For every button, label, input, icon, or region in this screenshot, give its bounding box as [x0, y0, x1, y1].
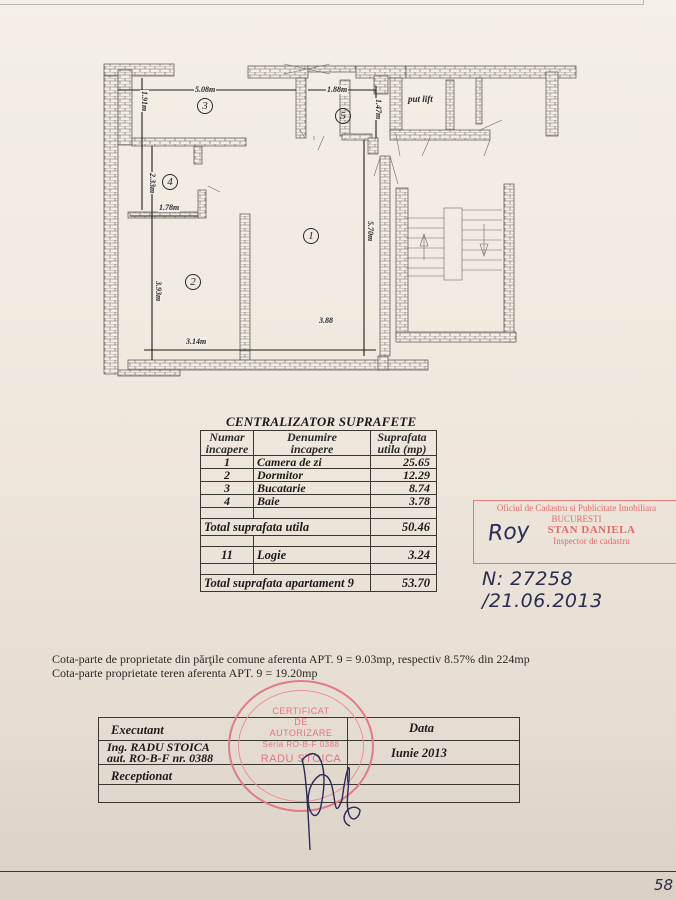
room-number-3: 3: [197, 98, 213, 114]
stamp-text: DE: [230, 717, 372, 727]
table-row: 3Bucatarie8.74: [201, 482, 437, 495]
room-number-1: 1: [303, 228, 319, 244]
room-number-4: 4: [162, 174, 178, 190]
total-apartment-row: Total suprafata apartament 953.70: [201, 575, 437, 592]
table-header-row: Numarincapere Denumireincapere Suprafata…: [201, 431, 437, 456]
table-row: 11Logie3.24: [201, 547, 437, 564]
room-area-cell: 8.74: [371, 482, 437, 495]
dimension-label: 1.47m: [374, 98, 383, 120]
header-area: Suprafatautila (mp): [371, 431, 437, 456]
room-number-cell: 11: [201, 547, 254, 564]
header-number: Numarincapere: [201, 431, 254, 456]
dimension-label: 1.78m: [158, 203, 180, 212]
header-name: Denumireincapere: [254, 431, 371, 456]
total-util-value: 50.46: [371, 519, 437, 536]
table-row: 2Dormitor12.29: [201, 469, 437, 482]
stamp-text: CERTIFICAT: [230, 706, 372, 716]
room-name-cell: Logie: [254, 547, 371, 564]
handwritten-registration-note: N: 27258 /21.06.2013: [482, 568, 676, 612]
common-share-line: Cota-parte de proprietate din părţile co…: [52, 652, 530, 667]
table-row: 4Baie3.78: [201, 495, 437, 508]
room-area-cell: 25.65: [371, 456, 437, 469]
room-number-cell: 2: [201, 469, 254, 482]
receptionat-label: Receptionat: [111, 769, 172, 784]
inspector-signature: Roy: [487, 519, 530, 547]
table-spacer-row: [201, 564, 437, 575]
lift-shaft-label: put lift: [408, 94, 433, 104]
area-summary-table: Numarincapere Denumireincapere Suprafata…: [200, 430, 437, 592]
page-number: 58: [654, 876, 673, 894]
room-name-cell: Bucatarie: [254, 482, 371, 495]
table-spacer-row: [201, 536, 437, 547]
table-row: 1Camera de zi25.65: [201, 456, 437, 469]
room-area-cell: 3.78: [371, 495, 437, 508]
dimension-label: 3.93m: [154, 280, 163, 302]
dimension-label: 3.88: [318, 316, 334, 325]
total-util-row: Total suprafata utila50.46: [201, 519, 437, 536]
date-label: Data: [409, 721, 434, 736]
room-number-cell: 3: [201, 482, 254, 495]
area-table-title: CENTRALIZATOR SUPRAFETE: [226, 414, 416, 430]
dimension-label: 5.08m: [194, 85, 216, 94]
room-number-cell: 1: [201, 456, 254, 469]
total-apartment-value: 53.70: [371, 575, 437, 592]
dimension-label: 5.70m: [366, 220, 375, 242]
executant-signature: [280, 730, 370, 850]
room-area-cell: 3.24: [371, 547, 437, 564]
land-share-line: Cota-parte proprietate teren aferenta AP…: [52, 666, 317, 681]
total-util-label: Total suprafata utila: [201, 519, 371, 536]
executant-label: Executant: [111, 723, 164, 738]
room-area-cell: 12.29: [371, 469, 437, 482]
room-number-5: 5: [335, 108, 351, 124]
room-number-2: 2: [185, 274, 201, 290]
room-name-cell: Dormitor: [254, 469, 371, 482]
dimension-label: 1.91m: [140, 90, 149, 112]
room-number-cell: 4: [201, 495, 254, 508]
stamp-office-line: Oficiul de Cadastru si Publicitate Imobi…: [474, 503, 676, 514]
dimension-label: 1.88m: [326, 85, 348, 94]
total-apartment-label: Total suprafata apartament 9: [201, 575, 371, 592]
date-value: Iunie 2013: [391, 746, 447, 761]
room-name-cell: Baie: [254, 495, 371, 508]
executant-authorization: aut. RO-B-F nr. 0388: [107, 753, 213, 764]
page-bottom-line: [0, 871, 676, 872]
room-name-cell: Camera de zi: [254, 456, 371, 469]
floor-plan: 5.08m 1.88m 1.91m 1.47m 2.33m 1.78m 5.70…: [100, 60, 580, 380]
previous-page-edge: [0, 0, 644, 5]
dimension-label: 3.14m: [185, 337, 207, 346]
dimension-label: 2.33m: [148, 172, 157, 194]
table-spacer-row: [201, 508, 437, 519]
